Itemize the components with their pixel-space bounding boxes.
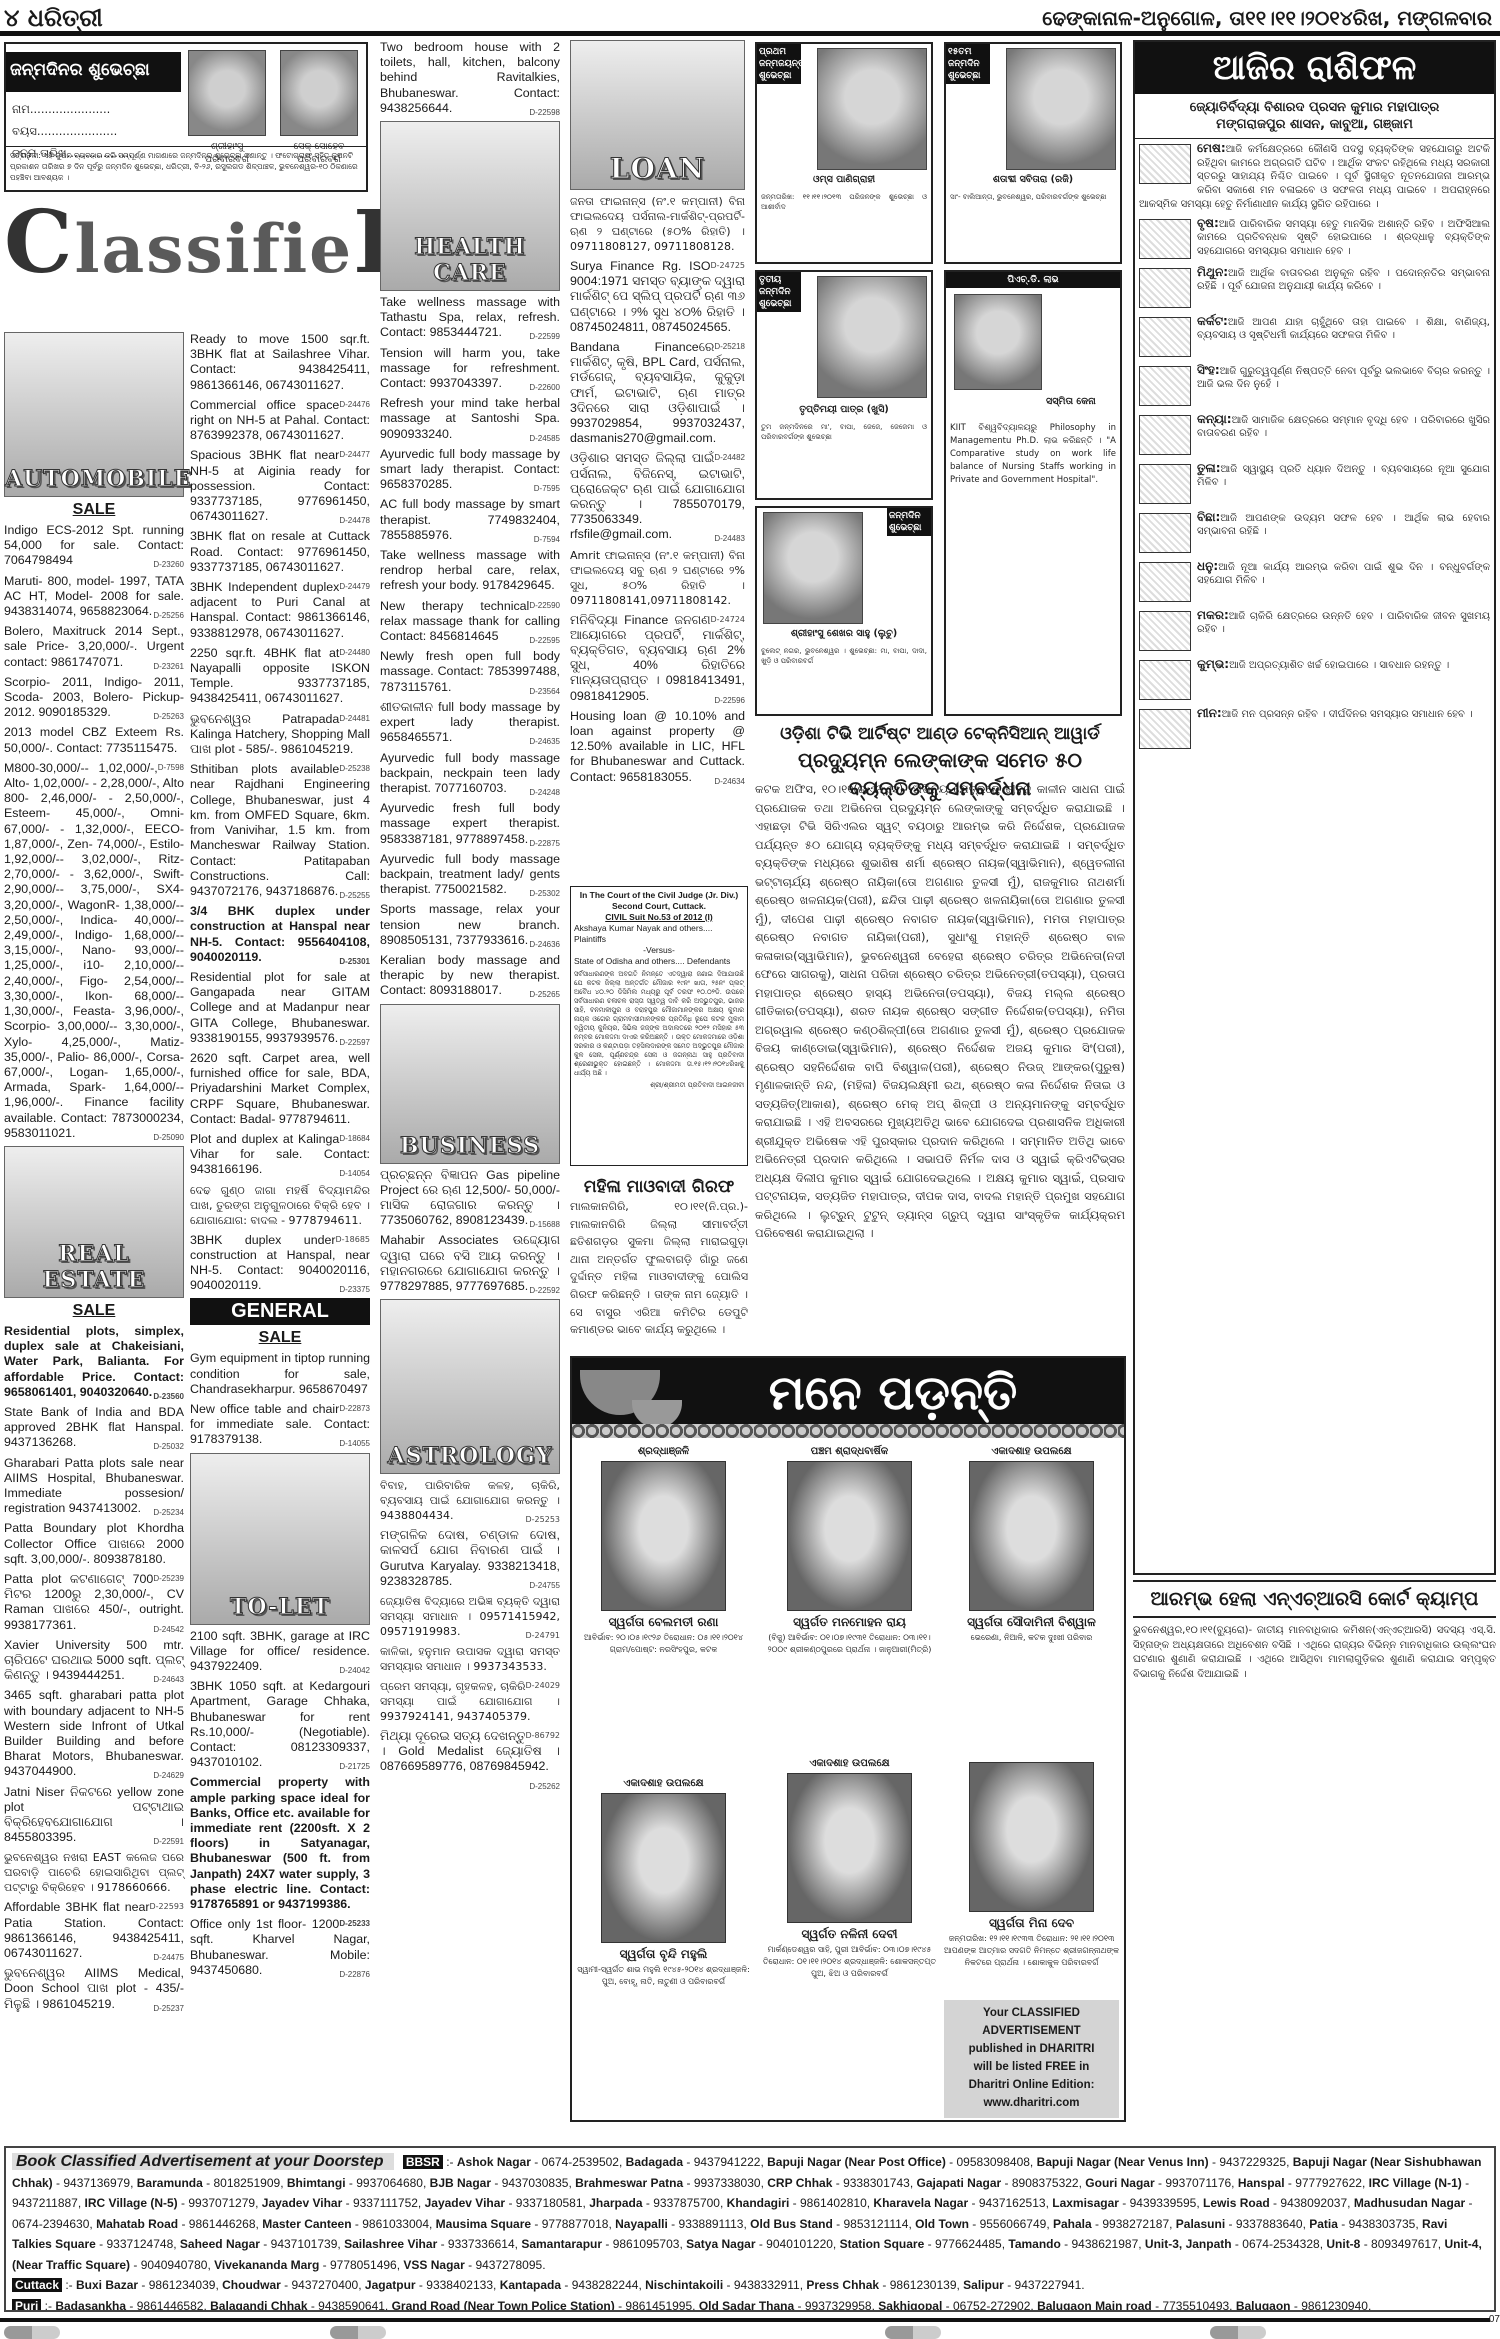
zodiac-sign-entry: ମୀନ:ଆଜି ମନ ପ୍ରସନ୍ନ ରହିବ । ଦୀର୍ଘଦିନର ସମସ୍… bbox=[1135, 704, 1494, 753]
masthead: ୪ ଧରିତ୍ରୀ ଢେଙ୍କାନାଳ-ଅନୁଗୋଳ, ତା୧୧।୧୧।୨୦୧୪… bbox=[0, 0, 1500, 36]
general-sale-heading: SALE bbox=[190, 1329, 370, 1347]
agent-entry: Old Sadar Thana - 9937329958, bbox=[699, 2299, 878, 2313]
classified-ad: Take wellness massage with rendrop herba… bbox=[380, 548, 560, 594]
ad-code: D-25301 bbox=[339, 954, 370, 969]
agent-entry: Nayapalli - 9338891113, bbox=[615, 2217, 750, 2231]
ad-code: D-24629 bbox=[153, 1768, 184, 1783]
astrology-banner: ASTROLOGY bbox=[380, 1299, 560, 1474]
puri-agents: Badasankha - 9861446582, Balagandi Chhak… bbox=[55, 2299, 1371, 2313]
baby-photo-1 bbox=[188, 50, 266, 136]
ad-code: D-22876 bbox=[339, 1967, 370, 1982]
agent-entry: Saheed Nagar - 9437101739, bbox=[180, 2237, 344, 2251]
book-ad-label: Book Classified Advertisement at your Do… bbox=[12, 2153, 394, 2170]
real-estate-sale-heading: SALE bbox=[4, 1302, 184, 1320]
ad-code: D-24478 bbox=[339, 513, 370, 528]
ad-code: D-24477 bbox=[339, 447, 370, 462]
ad-code: D-14055 bbox=[339, 1436, 370, 1451]
agent-entry: Jharpada - 9337875700, bbox=[589, 2196, 726, 2210]
scroll-indicator bbox=[885, 2326, 941, 2339]
ad-code: D-24791 bbox=[526, 1628, 561, 1643]
horoscope-section: ଆଜିର ରାଶିଫଳ ଜ୍ୟୋତିର୍ବିଦ୍ୟା ବିଶାରଦ ପ୍ରସନ … bbox=[1133, 40, 1496, 1575]
agent-entry: Tamando - 9438621987, bbox=[1008, 2237, 1145, 2251]
classified-ad: Keralian body massage and therapic by ne… bbox=[380, 953, 560, 999]
classified-ad: 3465 sqft. gharabari patta plot with bou… bbox=[4, 1688, 184, 1779]
classified-ad: 2100 sqft. 3BHK, garage at IRC Village f… bbox=[190, 1629, 370, 1675]
cuttack-agents: Buxi Bazar - 9861234039, Choudwar - 9437… bbox=[76, 2278, 1085, 2292]
classified-ad: Patta Boundary plot Khordha Collector Of… bbox=[4, 1521, 184, 1567]
ad-code: D-15688 bbox=[529, 1217, 560, 1232]
ad-code: D-86792 bbox=[526, 1728, 561, 1743]
ad-code: D-24725 bbox=[711, 258, 746, 273]
classified-ad: Gym equipment in tiptop running conditio… bbox=[190, 1351, 370, 1397]
agent-entry: Unit-8 - 8093497617, bbox=[1326, 2237, 1444, 2251]
general-heading: GENERAL bbox=[190, 1298, 370, 1325]
obituary-card: ଏକାଦଶାହ ଉପଲକ୍ଷେ ସ୍ୱର୍ଗତା ସୌଦାମିନୀ ବିଶ୍ୱା… bbox=[944, 1446, 1119, 1644]
agent-entry: Press Chhak - 9861230139, bbox=[806, 2278, 963, 2292]
ad-code: D-23260 bbox=[153, 557, 184, 572]
classified-ad: 3BHK 1050 sqft. at Kedargouri Apartment,… bbox=[190, 1679, 370, 1770]
agent-entry: Vivekananda Marg - 9778051496, bbox=[214, 2258, 403, 2272]
bbsr-label: BBSR bbox=[403, 2155, 443, 2169]
age-field: ବୟସ...................... bbox=[12, 120, 132, 142]
ad-code: D-22599 bbox=[529, 329, 560, 344]
classified-ad: ଭୁବନେଶ୍ୱର ନଖରା EAST କଲେଜ ପରେ ଘରବାଡ଼ି ପାଚ… bbox=[4, 1850, 184, 1895]
classified-ad: ଦେଢ ଗୁଣ୍ଠ ଜାଗା ମହର୍ଷି ବିଦ୍ୟାମନ୍ଦିର ପାଖ, … bbox=[190, 1183, 370, 1228]
agent-entry: Satya Nagar - 9040101220, bbox=[686, 2237, 839, 2251]
astrologer-credit: ଜ୍ୟୋତିର୍ବିଦ୍ୟା ବିଶାରଦ ପ୍ରସନ କୁମାର ମହାପାତ… bbox=[1135, 94, 1494, 139]
classified-ad: Tension will harm you, take massage for … bbox=[380, 346, 560, 392]
classified-ad: Jatni Niser ନିକଟରେ yellow zone plot ପଟ୍ଟ… bbox=[4, 1785, 184, 1846]
classified-ad: Ayurvedic full body massage by smart lad… bbox=[380, 447, 560, 493]
classified-ad: 3BHK flat on resale at Cuttack Road. Con… bbox=[190, 529, 370, 575]
agent-entry: Balugaon - 9861230940. bbox=[1236, 2299, 1371, 2313]
classified-ad: Indigo ECS-2012 Spt. running 54,000 for … bbox=[4, 523, 184, 569]
agent-entry: Ashok Nagar - 0674-2539502, bbox=[457, 2155, 626, 2169]
news-story-body: କଟକ ଅଫିସ, ୧୦।୧୧(ଇଏନ୍ଏସ)- ଅଭିନୟ କ୍ଷେତ୍ରରେ… bbox=[755, 780, 1125, 1345]
ad-code: D-25237 bbox=[153, 2001, 184, 2016]
greeting-box-3: ତୃତୀୟ ଜନ୍ମଦିନ ଶୁଭେଚ୍ଛା ତୃପ୍ତିମୟୀ ପାତ୍ର (… bbox=[755, 270, 933, 500]
zodiac-sign-entry: ଧନୁ:ଆଜି ନୂଆ କାର୍ଯ୍ୟ ଆରମ୍ଭ କରିବା ପାଇଁ ଶୁଭ… bbox=[1135, 557, 1494, 606]
agent-entry: Samantarapur - 9861095703, bbox=[521, 2237, 686, 2251]
ad-code: D-25090 bbox=[153, 1130, 184, 1145]
ad-code: D-24636 bbox=[529, 937, 560, 952]
classified-ad: ଜନତା ଫାଇନାନ୍ସ (ନଂ.୧ କମ୍ପାନୀ) ବିନା ଫାଇଲଦେ… bbox=[570, 194, 745, 254]
zodiac-sign-entry: କନ୍ୟା:ଆଜି ସାମାଜିକ କ୍ଷେତ୍ରରେ ସମ୍ମାନ ବୃଦ୍ଧ… bbox=[1135, 410, 1494, 459]
portrait-photo bbox=[969, 1461, 1094, 1611]
agent-entry: Salipur - 9437227941. bbox=[963, 2278, 1084, 2292]
classified-ad: କାଳିକା, ହନୁମାନ ଉପାସକ ଦ୍ୱାରା ସମସ୍ତ ସମସ୍ୟା… bbox=[380, 1644, 560, 1674]
agent-entry: Patia - 9438303735, bbox=[1309, 2217, 1422, 2231]
ad-code: D-22592 bbox=[529, 1283, 560, 1298]
classified-ad: ଶୀତକାଳୀନ full body massage by expert lad… bbox=[380, 700, 560, 746]
column-automobile: AUTOMOBILE SALE Indigo ECS-2012 Spt. run… bbox=[4, 332, 184, 2017]
agent-entry: Kantapada - 9438282244, bbox=[500, 2278, 645, 2292]
agent-entry: Mausima Square - 9778877018, bbox=[436, 2217, 615, 2231]
agent-entry: Gajapati Nagar - 8908375322, bbox=[916, 2176, 1085, 2190]
ad-code: D-22595 bbox=[529, 633, 560, 648]
classified-ad: Newly fresh open full body massage. Cont… bbox=[380, 649, 560, 695]
ad-code: D-25238 bbox=[339, 761, 370, 776]
classified-ad: Sports massage, relax your tension new b… bbox=[380, 902, 560, 948]
zodiac-sign-entry: ମିଥୁନ:ଆଜି ଆର୍ଥିକ ବାତାବରଣ ଅନୁକୂଳ ରହିବ । ପ… bbox=[1135, 263, 1494, 312]
astrology-ads: ବିବାହ, ପାରିବାରିକ କଳହ, ଚାକିରି, ବ୍ୟବସାୟ ପା… bbox=[380, 1478, 560, 1774]
ad-code: D-22590 bbox=[529, 598, 560, 613]
zodiac-icon bbox=[1139, 268, 1191, 308]
ad-code: D-24480 bbox=[339, 645, 370, 660]
ad-code: D-25262 bbox=[529, 1779, 560, 1794]
agent-entry: Badagada - 9437941222, bbox=[626, 2155, 767, 2169]
zodiac-sign-entry: କର୍କଟ:ଆଜି ଆପଣ ଯାହା ଚାହୁଁଥିବେ ତାହା ପାଇବେ … bbox=[1135, 312, 1494, 361]
general-ads: Gym equipment in tiptop running conditio… bbox=[190, 1351, 370, 1447]
classified-ad: Refresh your mind take herbal massage at… bbox=[380, 396, 560, 442]
ad-code: D-25256 bbox=[153, 608, 184, 623]
agent-entry: Brahmeswar Patna - 9937338030, bbox=[575, 2176, 767, 2190]
classified-ad: Ready to move 1500 sqr.ft. 3BHK flat at … bbox=[190, 332, 370, 393]
ad-code: D-24479 bbox=[339, 579, 370, 594]
zodiac-sign-entry: ମକର:ଆଜି ଚାକିରି କ୍ଷେତ୍ରରେ ଉନ୍ନତି ହେବ । ପା… bbox=[1135, 606, 1494, 655]
agent-entry: Badasankha - 9861446582, bbox=[55, 2299, 210, 2313]
obituary-card: ସ୍ୱର୍ଗତା ମିନା ଦେବଜନ୍ମତାରିଖ: ୧୨।୧୧।୧୯୩୩ ତ… bbox=[944, 1758, 1119, 1969]
column-health: Two bedroom house with 2 toilets, hall, … bbox=[380, 40, 560, 1794]
ad-code: D-24248 bbox=[529, 785, 560, 800]
ad-code: D-7595 bbox=[534, 481, 560, 496]
portrait-photo bbox=[601, 1461, 726, 1611]
ad-code: D-22597 bbox=[339, 1035, 370, 1050]
agent-entry: Old Bus Stand - 9853121114, bbox=[750, 2217, 915, 2231]
footer-rule bbox=[0, 2318, 1490, 2322]
zodiac-sign-entry: କୁମ୍ଭ:ଆଜି ଅପ୍ରତ୍ୟାଶିତ ଖର୍ଚ୍ଚ ହୋଇପାରେ । ସ… bbox=[1135, 655, 1494, 704]
scroll-indicator bbox=[1210, 2326, 1266, 2339]
ad-code: D-14054 bbox=[339, 1166, 370, 1181]
agent-entry: Khandagiri - 9861402810, bbox=[727, 2196, 874, 2210]
bbsr-agents: Ashok Nagar - 0674-2539502, Badagada - 9… bbox=[12, 2155, 1482, 2272]
obituary-card: ପଞ୍ଚମ ଶ୍ରାଦ୍ଧବାର୍ଷିକ ସ୍ୱର୍ଗତ ମନମୋହନ ରାୟ(… bbox=[762, 1446, 937, 1656]
page-label: ୪ ଧରିତ୍ରୀ bbox=[4, 4, 103, 32]
ad-code: D-23560 bbox=[153, 1389, 184, 1404]
name-field: ନାମ...................... bbox=[12, 98, 132, 120]
agent-entry: IRC Village (N-5) - 9937071279, bbox=[85, 2196, 262, 2210]
ad-code: D-24475 bbox=[153, 1950, 184, 1965]
real-estate-banner: REAL ESTATE bbox=[4, 1146, 184, 1298]
greeting-box-2: ୧୫ତମ ଜନ୍ମଦିନ ଶୁଭେଚ୍ଛା ଶତାବ୍ଦୀ ସବିତାରା (ର… bbox=[944, 42, 1122, 264]
classified-ad: ଭୁବନେଶ୍ୱର AIIMS Medical, Doon School ପାଖ… bbox=[4, 1966, 184, 2012]
obituary-card: ଏକାଦଶାହ ଉପଲକ୍ଷେ ସ୍ୱର୍ଗତା ବୃନ୍ଦି ମହୁଲିସ୍ୱ… bbox=[576, 1778, 751, 1988]
zodiac-icon bbox=[1139, 660, 1191, 700]
loan-ads: ଜନତା ଫାଇନାନ୍ସ (ନଂ.୧ କମ୍ପାନୀ) ବିନା ଫାଇଲଦେ… bbox=[570, 194, 745, 785]
ad-code: D-23375 bbox=[339, 1282, 370, 1297]
birthday-coupon: ଜନ୍ମଦିନର ଶୁଭେଚ୍ଛା ନାମ...................… bbox=[4, 42, 368, 192]
agent-entry: Kharavela Nagar - 9437162513, bbox=[873, 2196, 1052, 2210]
agent-entry: Bapuji Nagar (Near Venus Inn) - 94372293… bbox=[1037, 2155, 1293, 2169]
zodiac-icon bbox=[1139, 562, 1191, 602]
zodiac-sign-entry: ବୃଷ:ଆଜି ପାରିବାରିକ ସମସ୍ୟା ହେତୁ ମାନସିକ ଅଶା… bbox=[1135, 214, 1494, 263]
ad-code: D-24042 bbox=[339, 1663, 370, 1678]
teen-photo bbox=[1006, 48, 1116, 170]
ad-code: D-24029 bbox=[526, 1678, 561, 1693]
obituary-card: ଏକାଦଶାହ ଉପଲକ୍ଷେ ସ୍ୱର୍ଗତ ନଳିନୀ ଦେବୀମାର୍କଣ… bbox=[762, 1758, 937, 1980]
baby-photo-2 bbox=[280, 50, 358, 136]
classified-ad: 3/4 BHK duplex under construction at Han… bbox=[190, 904, 370, 965]
ad-code: D-24476 bbox=[339, 397, 370, 412]
ad-code: D-24481 bbox=[339, 711, 370, 726]
greeting-box-1: ପ୍ରଥମ ଜନ୍ମଜୟନ୍ତୀର ଶୁଭେଚ୍ଛା ଓମ୍‌ସ ପାଣିଗ୍ର… bbox=[755, 42, 933, 264]
classified-ad: Xavier University 500 mtr. ଚାରିପଟେ ଘରଥାଇ… bbox=[4, 1638, 184, 1684]
classified-ad: Mahabir Associates ଉଦ୍ଦ୍ୟୋଗ ଦ୍ୱାରା ଘରେ ବ… bbox=[380, 1233, 560, 1294]
ad-code: D-22600 bbox=[529, 380, 560, 395]
classified-ad: Housing loan @ 10.10% and loan against p… bbox=[570, 709, 745, 785]
agent-entry: Grand Road (Near Town Police Station) - … bbox=[392, 2299, 699, 2313]
agent-entry: Choudwar - 9437270400, bbox=[222, 2278, 365, 2292]
agent-entry: Lewis Road - 9438092037, bbox=[1203, 2196, 1354, 2210]
birthday-coupon-title: ଜନ୍ମଦିନର ଶୁଭେଚ୍ଛା bbox=[6, 52, 181, 92]
zodiac-icon bbox=[1139, 415, 1191, 455]
classified-ad: Bolero, Maxitruck 2014 Sept., sale Price… bbox=[4, 624, 184, 670]
ad-code: D-7594 bbox=[534, 532, 560, 547]
ad-code: D-23261 bbox=[153, 659, 184, 674]
classified-ad: 2013 model CBZ Exteem Rs. 50,000/-. Cont… bbox=[4, 725, 184, 755]
health-care-ads: Take wellness massage with Tathastu Spa,… bbox=[380, 295, 560, 999]
classified-ad: Residential plots, simplex, duplex sale … bbox=[4, 1324, 184, 1400]
agent-entry: Bapuji Nagar (Near Post Office) - 095830… bbox=[767, 2155, 1036, 2169]
obituary-card: ଶ୍ରଦ୍ଧାଞ୍ଜଳି ସ୍ୱର୍ଗତା ବେଲମତୀ ରଣାଆବିର୍ଭାବ… bbox=[576, 1446, 751, 1656]
ad-code: D-23564 bbox=[529, 684, 560, 699]
agent-entry: Bhimtangi - 9937064680, bbox=[287, 2176, 430, 2190]
real-estate-ads-col1: Residential plots, simplex, duplex sale … bbox=[4, 1324, 184, 2012]
zodiac-icon bbox=[1139, 513, 1191, 553]
ad-code: D-21725 bbox=[339, 1759, 370, 1774]
free-listing-box: Your CLASSIFIED ADVERTISEMENT published … bbox=[944, 2000, 1119, 2118]
phd-notice: ପିଏଚ୍.ଡି. ଲାଭ ସସ୍ମିତା କେନା KIIT ବିଶ୍ୱବିଦ… bbox=[944, 270, 1122, 716]
column-real-estate: Ready to move 1500 sqr.ft. 3BHK flat at … bbox=[190, 332, 370, 1983]
ad-code: D-25263 bbox=[153, 709, 184, 724]
zodiac-sign-entry: ତୁଳା:ଆଜି ସ୍ୱାସ୍ଥ୍ୟ ପ୍ରତି ଧ୍ୟାନ ଦିଅନ୍ତୁ ।… bbox=[1135, 459, 1494, 508]
classified-ad: Bandana Financeରେ ମାର୍କଶିଟ୍, କୃଷି, BPL C… bbox=[570, 340, 745, 446]
ad-code: D-24635 bbox=[529, 734, 560, 749]
classified-ad: Amrit ଫାଇନାନ୍ସ (ନଂ.୧ କମ୍ପାନୀ) ବିନା ଫାଇଲଦ… bbox=[570, 548, 745, 608]
classified-ad: Scorpio- 2011, Indigo- 2011, Scoda- 2003… bbox=[4, 675, 184, 721]
flower-garland bbox=[572, 1424, 1124, 1438]
zodiac-icon bbox=[1139, 317, 1191, 357]
portrait-photo bbox=[969, 1762, 1094, 1912]
cuttack-label: Cuttack bbox=[12, 2278, 62, 2292]
loan-banner: LOAN bbox=[570, 40, 745, 190]
ad-code: D-25253 bbox=[526, 1512, 561, 1527]
ad-code: D-22593 bbox=[150, 1899, 185, 1914]
ad-code: D-18684 bbox=[339, 1131, 370, 1146]
agent-entry: Master Canteen - 9861033004, bbox=[262, 2217, 435, 2231]
classified-ad: AC full body massage by smart therapist.… bbox=[380, 497, 560, 543]
ad-code: D-18685 bbox=[336, 1232, 371, 1247]
page-number: 07 bbox=[1489, 2314, 1500, 2325]
column-loan: LOAN ଜନତା ଫାଇନାନ୍ସ (ନଂ.୧ କମ୍ପାନୀ) ବିନା ଫ… bbox=[570, 40, 745, 790]
agent-entry: Balugaon Main road - 7735510493, bbox=[1037, 2299, 1236, 2313]
zodiac-sign-entry: ମେଷ:ଆଜି କର୍ମକ୍ଷେତ୍ରରେ କୌଣସି ପଦସ୍ଥ ବ୍ୟକ୍ତ… bbox=[1135, 139, 1494, 214]
maoist-story: ମହିଳା ମାଓବାଦୀ ଗିରଫ ମାଲକାନଗିରି, ୧୦।୧୧(ନି.… bbox=[570, 1176, 748, 1339]
agent-entry: Mahatab Road - 9861446268, bbox=[96, 2217, 262, 2231]
scroll-indicator bbox=[330, 2326, 386, 2339]
dateline: ଢେଙ୍କାନାଳ-ଅନୁଗୋଳ, ତା୧୧।୧୧।୨୦୧୪ରିଖ, ମଙ୍ଗଳ… bbox=[1042, 6, 1492, 30]
ad-code: D-24724 bbox=[711, 612, 746, 627]
classified-ad: Residential plot for sale at Gangapada n… bbox=[190, 970, 370, 1046]
ad-code: D-24542 bbox=[153, 1622, 184, 1637]
classified-ad: Two bedroom house with 2 toilets, hall, … bbox=[380, 40, 560, 116]
ad-code: D-25239 bbox=[153, 1571, 184, 1586]
agent-entry: Hanspal - 9777927622, bbox=[1238, 2176, 1369, 2190]
automobile-banner: AUTOMOBILE bbox=[4, 332, 184, 497]
agent-entry: Gouri Nagar - 9937071176, bbox=[1085, 2176, 1238, 2190]
ad-code: D-24643 bbox=[153, 1672, 184, 1687]
to-let-ads: 2100 sqft. 3BHK, garage at IRC Village f… bbox=[190, 1629, 370, 1978]
agent-entry: BJB Nagar - 9437030835, bbox=[430, 2176, 575, 2190]
ad-code: D-25234 bbox=[153, 1505, 184, 1520]
classified-ad: Ayurvedic full body massage backpain, ne… bbox=[380, 751, 560, 797]
ad-code: D-22591 bbox=[153, 1834, 184, 1849]
zodiac-icon bbox=[1139, 144, 1191, 184]
agent-entry: Unit-3, Janpath - 0674-2534328, bbox=[1145, 2237, 1326, 2251]
agent-entry: Jagatpur - 9338402133, bbox=[365, 2278, 500, 2292]
ad-code: D-25302 bbox=[529, 886, 560, 901]
horoscope-title: ଆଜିର ରାଶିଫଳ bbox=[1135, 42, 1494, 94]
child-photo bbox=[817, 276, 927, 398]
portrait-photo bbox=[787, 1773, 912, 1923]
to-let-banner: TO-LET bbox=[190, 1453, 370, 1625]
real-estate-ads-col2: Ready to move 1500 sqr.ft. 3BHK flat at … bbox=[190, 332, 370, 1293]
website-link[interactable]: www.dharitri.com bbox=[944, 2094, 1119, 2112]
classified-ad: Ayurvedic fresh full body massage expert… bbox=[380, 801, 560, 847]
classified-ad: Sthitiban plots available near Rajdhani … bbox=[190, 762, 370, 899]
zodiac-icon bbox=[1139, 366, 1191, 406]
obituary-banner: ମନେ ପଡ଼ନ୍ତି bbox=[572, 1358, 1124, 1438]
agent-entry: Sakhigopal - 06752-272902, bbox=[878, 2299, 1037, 2313]
puri-label: Puri bbox=[12, 2299, 41, 2313]
zodiac-icon bbox=[1139, 464, 1191, 504]
ad-code: D-7598 bbox=[158, 760, 184, 775]
zodiac-sign-entry: ବିଛା:ଆଜି ଆପଣଙ୍କ ଉଦ୍ୟମ ସଫଳ ହେବ । ଆର୍ଥିକ ଲ… bbox=[1135, 508, 1494, 557]
zodiac-signs-list: ମେଷ:ଆଜି କର୍ମକ୍ଷେତ୍ରରେ କୌଣସି ପଦସ୍ଥ ବ୍ୟକ୍ତ… bbox=[1135, 139, 1494, 753]
zodiac-icon bbox=[1139, 611, 1191, 651]
zodiac-sign-entry: ସିଂହ:ଆଜି ଗୁରୁତ୍ୱପୂର୍ଣ୍ଣ ନିଷ୍ପତ୍ତି ନେବା ପ… bbox=[1135, 361, 1494, 410]
classified-ad: Gharabari Patta plots sale near AIIMS Ho… bbox=[4, 1456, 184, 1517]
classified-ad: Maruti- 800, model- 1997, TATA AC HT, Mo… bbox=[4, 574, 184, 620]
agent-entry: Laxmisagar - 9439339595, bbox=[1052, 2196, 1203, 2210]
classified-ad: Commercial property with ample parking s… bbox=[190, 1775, 370, 1912]
ad-code: D-24585 bbox=[529, 431, 560, 446]
agent-entry: Balagandi Chhak - 9438590641, bbox=[210, 2299, 391, 2313]
ad-code: D-25255 bbox=[339, 888, 370, 903]
classified-ad: ବିବାହ, ପାରିବାରିକ କଳହ, ଚାକିରି, ବ୍ୟବସାୟ ପା… bbox=[380, 1478, 560, 1523]
classified-ad: ପ୍ରଚ୍ଛନ୍ନ ବିଜ୍ଞାପନ Gas pipeline Project … bbox=[380, 1168, 560, 1229]
health-care-banner: HEALTH CARE bbox=[380, 121, 560, 291]
ad-code: D-24755 bbox=[529, 1578, 560, 1593]
classified-logo: ClassifieD bbox=[4, 200, 366, 286]
agent-entry: Jayadev Vihar - 9337180581, bbox=[425, 2196, 590, 2210]
scroll-indicator bbox=[4, 2326, 60, 2339]
classified-ad: State Bank of India and BDA approved 2BH… bbox=[4, 1405, 184, 1451]
zodiac-icon bbox=[1139, 709, 1191, 749]
child-photo bbox=[817, 48, 927, 170]
doorstep-booking-box: Book Classified Advertisement at your Do… bbox=[4, 2146, 1496, 2312]
zodiac-icon bbox=[1139, 219, 1191, 259]
agent-entry: Jayadev Vihar - 9337111752, bbox=[262, 2196, 425, 2210]
ad-code: D-25032 bbox=[153, 1439, 184, 1454]
ad-code: D-22596 bbox=[714, 693, 745, 708]
ad-code: D-25218 bbox=[714, 339, 745, 354]
portrait-photo bbox=[601, 1793, 726, 1943]
agent-entry: Old Town - 9556066749, bbox=[915, 2217, 1053, 2231]
business-banner: BUSINESS bbox=[380, 1004, 560, 1164]
agent-entry: CRP Chhak - 9338301743, bbox=[767, 2176, 916, 2190]
agent-entry: Baramunda - 8018251909, bbox=[137, 2176, 287, 2190]
agent-entry: Pahala - 9938272187, bbox=[1053, 2217, 1176, 2231]
ad-code: D-24482 bbox=[714, 450, 745, 465]
agent-entry: Buxi Bazar - 9861234039, bbox=[76, 2278, 222, 2292]
classified-ad: M800-30,000/-- 1,02,000/-, Alto- 1,02,00… bbox=[4, 761, 184, 1141]
agent-entry: VSS Nagar - 9437278095. bbox=[403, 2258, 545, 2272]
agent-entry: Palasuni - 9337883640, bbox=[1176, 2217, 1309, 2231]
agent-entry: Nischintakoili - 9438332911, bbox=[645, 2278, 806, 2292]
coupon-terms: ସର୍ତ୍ତାବଳୀ: ଏହି କୁପନ ବ୍ୟବହାର କରି ସମ୍ପୂର୍… bbox=[6, 146, 366, 190]
agent-entry: Sailashree Vihar - 9337336614, bbox=[344, 2237, 521, 2251]
business-ads: ପ୍ରଚ୍ଛନ୍ନ ବିଜ୍ଞାପନ Gas pipeline Project … bbox=[380, 1168, 560, 1295]
ad-code: D-25265 bbox=[529, 987, 560, 1002]
ad-code: D-24483 bbox=[714, 531, 745, 546]
automobile-sale-heading: SALE bbox=[4, 501, 184, 519]
court-notice: In The Court of the Civil Judge (Jr. Div… bbox=[570, 886, 748, 1166]
ad-code: D-22875 bbox=[529, 836, 560, 851]
classified-ad: ମଙ୍ଗଳିକ ଦୋଷ, ଚଣ୍ଡାଳ ଦୋଷ, କାଳସର୍ପ ଯୋଗ ନିବ… bbox=[380, 1528, 560, 1589]
agent-entry: Station Square - 9776624485, bbox=[840, 2237, 1009, 2251]
greeting-box-5: ଜନ୍ମଦିନ ଶୁଭେଚ୍ଛା ଶ୍ରୀହାଂସୁ ଶେଖର ସାହୁ (ଲୁ… bbox=[755, 506, 933, 716]
classified-ad: 2620 sqft. Carpet area, well furnished o… bbox=[190, 1051, 370, 1127]
ad-code: D-25233 bbox=[339, 1916, 370, 1931]
classified-ad: Take wellness massage with Tathastu Spa,… bbox=[380, 295, 560, 341]
ad-code: D-22873 bbox=[339, 1401, 370, 1416]
ad-code: D-24634 bbox=[714, 774, 745, 789]
classified-ad: ଜ୍ୟୋତିଷ ବିଦ୍ୟାରେ ଅଭିଜ୍ଞ ବ୍ୟକ୍ତି ଦ୍ୱାରା ସ… bbox=[380, 1594, 560, 1639]
child-photo bbox=[763, 512, 863, 624]
portrait-photo bbox=[787, 1461, 912, 1611]
scholar-photo bbox=[954, 294, 1042, 390]
classified-ad: Ayurvedic full body massage backpain, tr… bbox=[380, 852, 560, 898]
nhrc-camp-story: ଆରମ୍ଭ ହେଲା ଏନ୍ଏଚ୍ଆରସି କୋର୍ଟ କ୍ୟାମ୍ପ ଭୁବନ… bbox=[1133, 1580, 1496, 2125]
automobile-ads: Indigo ECS-2012 Spt. running 54,000 for … bbox=[4, 523, 184, 1141]
